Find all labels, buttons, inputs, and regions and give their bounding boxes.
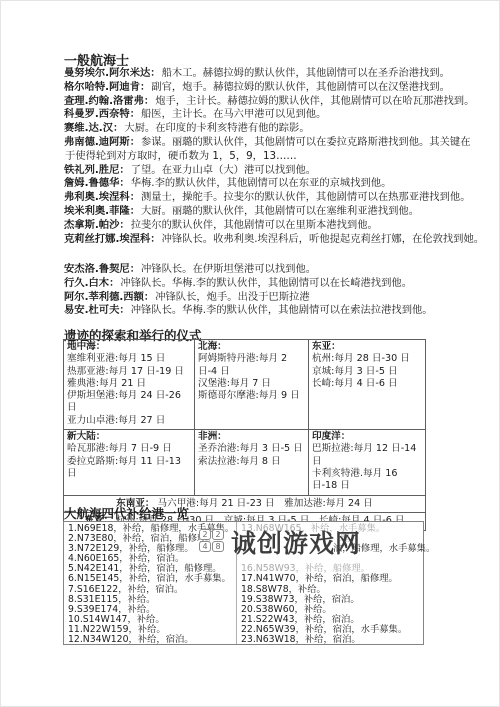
cell-new-world: 新大陆： 哈瓦那港:每月 7 日-9 日 委拉克路斯:每月 11 日-13 日 xyxy=(64,430,195,495)
sailor-description: 冲锋队长。华梅.李的默认伙伴，其他剧情可以在索法拉港找到他。 xyxy=(131,304,433,316)
region-schedule: 阿姆斯特丹港:每月 2 日-4 日 汉堡港:每月 7 日 斯德哥尔摩港:每月 9… xyxy=(198,353,305,402)
ritual-schedule-line: 卡利亥特港.每月 16 日-18 日 xyxy=(312,468,422,493)
sailor-name: 詹姆.鲁德华： xyxy=(64,177,130,189)
region-header: 地中海： xyxy=(67,341,191,353)
region-header: 非洲： xyxy=(198,431,305,443)
sailor-name: 赛维.达.汉： xyxy=(64,122,123,134)
sailor-entry: 行久.白木：冲锋队长。华梅.李的默认伙伴，其他剧情可以在长崎港找到他。 xyxy=(64,277,494,291)
sailor-name: 格尔哈特.阿迪肯： xyxy=(64,81,150,93)
section-title-ports: 大航海四代补给港一览 xyxy=(64,504,189,522)
sailor-entry: 于使得轮到对方取时，硬币数为 1，5，9，13…… xyxy=(64,150,494,164)
counter-digit: 8 xyxy=(212,541,224,552)
sailor-list-main: 曼努埃尔.阿尔米达：船木工。赫德拉姆的默认伙伴，其他剧情可以在圣乔治港找到。 格… xyxy=(64,67,494,246)
sailor-name: 科曼罗.西奈特： xyxy=(64,108,140,120)
sailor-entry: 格尔哈特.阿迪肯：副官，炮手。赫德拉姆的默认伙伴，其他剧情可以在汉堡港找到。 xyxy=(64,81,494,95)
sailor-entry: 查理.约翰.洛雷弗：炮手，主计长。赫德拉姆的默认伙伴，其他剧情可以在哈瓦那港找到… xyxy=(64,95,494,109)
sailor-name: 弗利奥.埃涅科： xyxy=(64,191,140,203)
sailor-name: 查理.约翰.洛雷弗： xyxy=(64,95,154,107)
sailor-description: 拉斐尔的默认伙伴，其他剧情可以在里斯本港找到他。 xyxy=(131,219,378,231)
sailor-description: 船医，主计长。在马六甲港可以见到他。 xyxy=(141,108,326,120)
sailor-entry: 弗利奥.埃涅科：测量士，操舵手。拉斐尔的默认伙伴，其他剧情可以在热那亚港找到他。 xyxy=(64,191,494,205)
table-row: 新大陆： 哈瓦那港:每月 7 日-9 日 委拉克路斯:每月 11 日-13 日 … xyxy=(64,430,426,495)
sailor-name: 行久.白木： xyxy=(64,277,119,289)
sailor-description: 副官，炮手。赫德拉姆的默认伙伴，其他剧情可以在汉堡港找到。 xyxy=(151,81,450,93)
sailor-list-extra: 安杰洛.鲁契尼：冲锋队长。在伊斯坦堡港可以找到他。 行久.白木：冲锋队长。华梅.… xyxy=(64,263,494,318)
region-schedule: 哈瓦那港:每月 7 日-9 日 委拉克路斯:每月 11 日-13 日 xyxy=(67,443,191,480)
supply-port-line: 23.N63W18，补给，宿泊。 xyxy=(241,635,423,645)
sailor-entry: 易安.杜可夫：冲锋队长。华梅.李的默认伙伴，其他剧情可以在索法拉港找到他。 xyxy=(64,304,494,318)
region-schedule: 塞维利亚港:每月 15 日 热那亚港:每月 17 日-19 日 雅典港:每月 2… xyxy=(67,353,191,427)
sailor-description: 炮手，主计长。赫德拉姆的默认伙伴，其他剧情可以在哈瓦那港找到。 xyxy=(155,95,474,107)
region-header: 新大陆： xyxy=(67,431,191,443)
ritual-schedule-table: 地中海： 塞维利亚港:每月 15 日 热那亚港:每月 17 日-19 日 雅典港… xyxy=(63,339,426,531)
supply-port-line: 12.N34W120，补给，宿泊。 xyxy=(68,635,236,645)
sailor-description: 冲锋队长。华梅.李的默认伙伴，其他剧情可以在长崎港找到他。 xyxy=(120,277,412,289)
cell-mediterranean: 地中海： 塞维利亚港:每月 15 日 热那亚港:每月 17 日-19 日 雅典港… xyxy=(64,340,195,430)
ritual-schedule-line: 阿姆斯特丹港:每月 2 日-4 日 xyxy=(198,353,305,378)
sailor-entry: 詹姆.鲁德华：华梅.李的默认伙伴，其他剧情可以在东亚的京城找到他。 xyxy=(64,177,494,191)
region-header: 北海： xyxy=(198,341,305,353)
ritual-schedule-line: 委拉克路斯:每月 11 日-13 日 xyxy=(67,456,191,481)
ritual-schedule-line: 哈瓦那港:每月 7 日-9 日 xyxy=(67,443,191,455)
ritual-schedule-line: 热那亚港:每月 17 日-19 日 xyxy=(67,366,191,378)
sailor-description: 大厨。在印度的卡利亥特港有他的踪影。 xyxy=(124,122,309,134)
sailor-name: 曼努埃尔.阿尔米达： xyxy=(64,67,161,79)
sailor-description: 了望。在亚力山卓（大）港可以找到他。 xyxy=(131,164,316,176)
sailor-description: 冲锋队长。收弗利奥.埃涅科后，听他提起克莉丝打娜，在伦敦找到她。 xyxy=(162,233,484,245)
ritual-schedule-line: 塞维利亚港:每月 15 日 xyxy=(67,353,191,365)
ritual-schedule-line: 斯德哥尔摩港:每月 9 日 xyxy=(198,390,305,402)
sailor-entry: 克莉丝打娜.埃涅科：冲锋队长。收弗利奥.埃涅科后，听他提起克莉丝打娜，在伦敦找到… xyxy=(64,233,494,247)
ritual-schedule-line: 亚力山卓港:每月 27 日 xyxy=(67,415,191,427)
sailor-entry: 科曼罗.西奈特：船医，主计长。在马六甲港可以见到他。 xyxy=(64,108,494,122)
sailor-entry: 埃米利奥.菲隆：大厨。丽璐的默认伙伴，其他剧情可以在塞维利亚港找到他。 xyxy=(64,205,494,219)
sailor-name: 易安.杜可夫： xyxy=(64,304,130,316)
counter-digit: 2 xyxy=(212,529,224,540)
ritual-schedule-line: 索法拉港:每月 8 日 xyxy=(198,456,305,468)
sailor-name: 杰拿斯.帕沙： xyxy=(64,219,130,231)
sailor-name: 埃米利奥.菲隆： xyxy=(64,205,140,217)
ritual-schedule-line: 圣乔治港:每月 3 日-5 日 xyxy=(198,443,305,455)
counter-digit: 2 xyxy=(199,529,211,540)
sailor-description: 冲锋队长。在伊斯坦堡港可以找到他。 xyxy=(141,263,316,275)
region-schedule: 马六甲港:每月 21 日-23 日 雅加达港:每月 24 日 xyxy=(158,498,373,509)
ritual-schedule-line: 杭州:每月 28 日-30 日 xyxy=(312,353,422,365)
sailor-description: 冲锋队长，炮手。出没于巴斯拉港 xyxy=(155,291,309,303)
ritual-schedule-line: 长崎:每月 4 日-6 日 xyxy=(312,378,422,390)
sailor-entry: 安杰洛.鲁契尼：冲锋队长。在伊斯坦堡港可以找到他。 xyxy=(64,263,494,277)
sailor-description: 船木工。赫德拉姆的默认伙伴，其他剧情可以在圣乔治港找到。 xyxy=(162,67,450,79)
region-schedule: 巴斯拉港:每月 12 日-14 日 卡利亥特港.每月 16 日-18 日 xyxy=(312,443,422,492)
sailor-description: 测量士，操舵手。拉斐尔的默认伙伴，其他剧情可以在热那亚港找到他。 xyxy=(141,191,471,203)
ritual-schedule-line: 巴斯拉港:每月 12 日-14 日 xyxy=(312,443,422,468)
counter-badge: 2 2 4 8 xyxy=(199,529,229,552)
sailor-entry: 阿尔.莘利德.西额：冲锋队长，炮手。出没于巴斯拉港 xyxy=(64,291,494,305)
ritual-schedule-line: 伊斯坦堡港:每月 24 日-26 日 xyxy=(67,390,191,415)
ritual-schedule-line: 雅典港:每月 21 日 xyxy=(67,378,191,390)
cell-east-asia: 东亚： 杭州:每月 28 日-30 日 京城:每月 3 日-5 日 长崎:每月 … xyxy=(309,340,426,430)
ritual-schedule-line: 京城:每月 3 日-5 日 xyxy=(312,366,422,378)
sailor-description: 华梅.李的默认伙伴，其他剧情可以在东亚的京城找到他。 xyxy=(131,177,392,189)
sailor-description: 大厨。丽璐的默认伙伴，其他剧情可以在塞维利亚港找到他。 xyxy=(141,205,419,217)
region-schedule: 杭州:每月 28 日-30 日 京城:每月 3 日-5 日 长崎:每月 4 日-… xyxy=(312,353,422,390)
guide-page: 一般航海士 曼努埃尔.阿尔米达：船木工。赫德拉姆的默认伙伴，其他剧情可以在圣乔治… xyxy=(0,0,500,707)
sailor-name: 安杰洛.鲁契尼： xyxy=(64,263,140,275)
cell-north-sea: 北海： 阿姆斯特丹港:每月 2 日-4 日 汉堡港:每月 7 日 斯德哥尔摩港:… xyxy=(195,340,309,430)
sailor-name: 弗南德.迪阿斯： xyxy=(64,136,140,148)
region-header: 印度洋： xyxy=(312,431,422,443)
region-header: 东亚： xyxy=(312,341,422,353)
sailor-name: 阿尔.莘利德.西额： xyxy=(64,291,154,303)
sailor-name: 克莉丝打娜.埃涅科： xyxy=(64,233,161,245)
region-schedule: 圣乔治港:每月 3 日-5 日 索法拉港:每月 8 日 xyxy=(198,443,305,468)
counter-digit: 4 xyxy=(199,541,211,552)
sailor-entry: 曼努埃尔.阿尔米达：船木工。赫德拉姆的默认伙伴，其他剧情可以在圣乔治港找到。 xyxy=(64,67,494,81)
sailor-entry: 赛维.达.汉：大厨。在印度的卡利亥特港有他的踪影。 xyxy=(64,122,494,136)
sailor-entry: 铁礼列.胜尼：了望。在亚力山卓（大）港可以找到他。 xyxy=(64,164,494,178)
watermark-text: 诚创游戏网 xyxy=(231,524,361,560)
sailor-name: 铁礼列.胜尼： xyxy=(64,164,130,176)
sailor-description: 参谋。丽璐的默认伙伴，其他剧情可以在委拉克路斯港找到他。其关键在 xyxy=(141,136,471,148)
sailor-description: 于使得轮到对方取时，硬币数为 1，5，9，13…… xyxy=(65,150,297,162)
cell-indian-ocean: 印度洋： 巴斯拉港:每月 12 日-14 日 卡利亥特港.每月 16 日-18 … xyxy=(309,430,426,495)
sailor-entry: 弗南德.迪阿斯：参谋。丽璐的默认伙伴，其他剧情可以在委拉克路斯港找到他。其关键在 xyxy=(64,136,494,150)
sailor-entry: 杰拿斯.帕沙：拉斐尔的默认伙伴，其他剧情可以在里斯本港找到他。 xyxy=(64,219,494,233)
cell-africa: 非洲： 圣乔治港:每月 3 日-5 日 索法拉港:每月 8 日 xyxy=(195,430,309,495)
ritual-schedule-line: 汉堡港:每月 7 日 xyxy=(198,378,305,390)
table-row: 地中海： 塞维利亚港:每月 15 日 热那亚港:每月 17 日-19 日 雅典港… xyxy=(64,340,426,430)
